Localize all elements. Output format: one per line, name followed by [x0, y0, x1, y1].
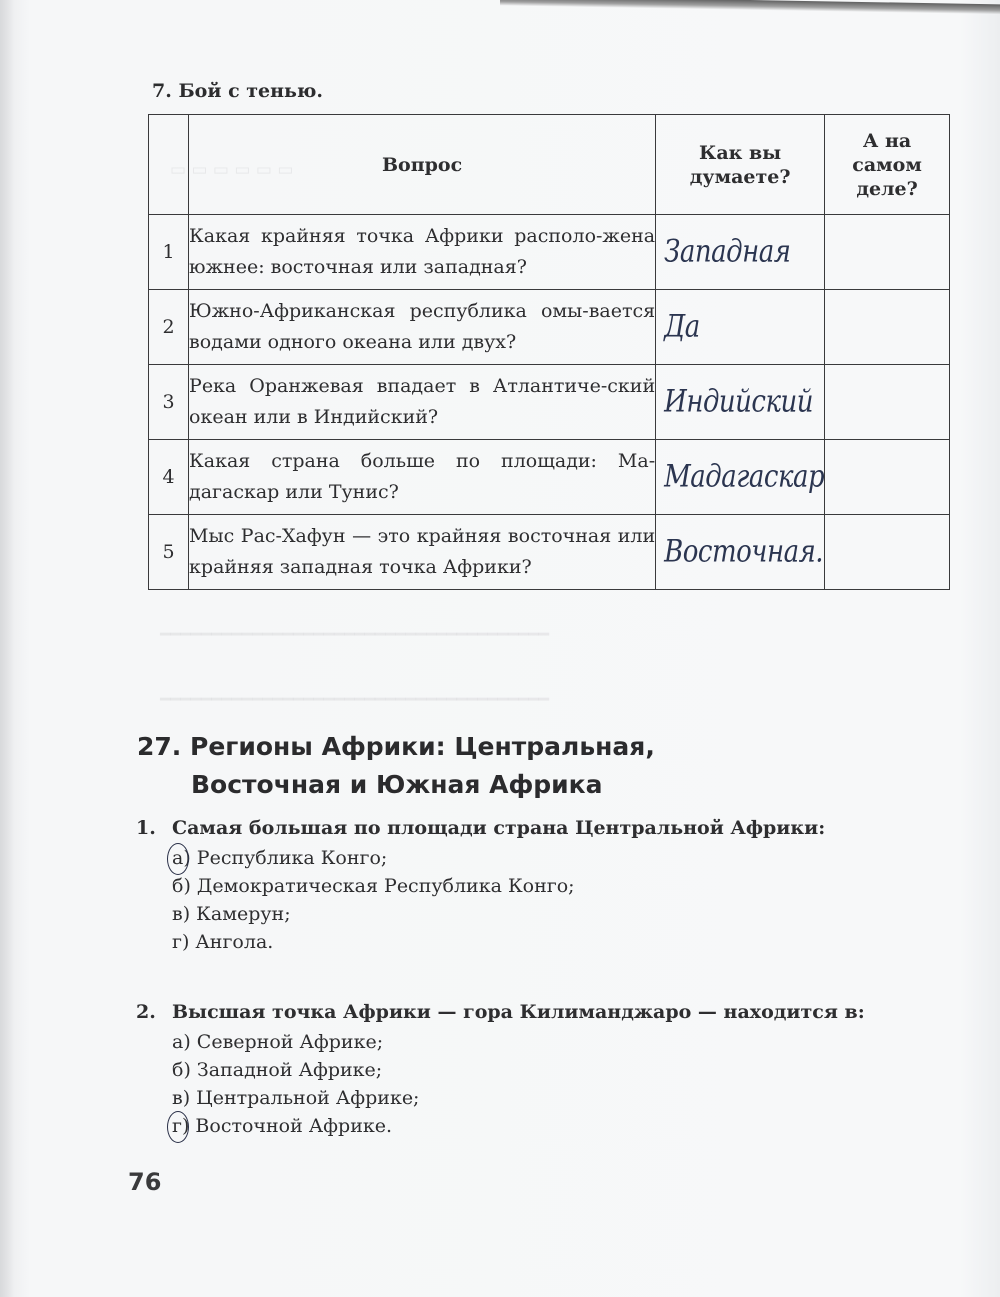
row-actual-cell[interactable] — [825, 365, 950, 440]
answer-options: а) Республика Конго; б) Демократическая … — [136, 844, 825, 956]
row-actual-cell[interactable] — [825, 290, 950, 365]
row-number: 3 — [149, 365, 189, 440]
option-letter: г) — [172, 931, 189, 953]
option-text: Центральной Африке; — [196, 1087, 419, 1109]
table-row: 4 Какая страна больше по площади: Ма-даг… — [149, 440, 950, 515]
workbook-page: ▭ ▭ ▭ ▭ ▭ ▭ ━━━━━━━━━━━━━━━━━━━━━━━━━━━━… — [0, 0, 1000, 1297]
row-number: 5 — [149, 515, 189, 590]
table-row: 2 Южно-Африканская республика омы-вается… — [149, 290, 950, 365]
row-guess-cell[interactable]: Западная — [656, 215, 825, 290]
option-letter: в) — [172, 1087, 190, 1109]
answer-option-v[interactable]: в) Центральной Африке; — [172, 1084, 865, 1112]
task-7-title: 7. Бой с тенью. — [152, 80, 323, 102]
row-actual-cell[interactable] — [825, 215, 950, 290]
section-title-line2: Восточная и Южная Африка — [137, 766, 655, 804]
option-text: Восточной Африке. — [195, 1115, 392, 1137]
table-row: 5 Мыс Рас-Хафун — это крайняя восточная … — [149, 515, 950, 590]
bleed-through: ━━━━━━━━━━━━━━━━━━━━━━━━━━━━━━━━━━━━━━ — [160, 625, 549, 645]
row-number: 4 — [149, 440, 189, 515]
page-edge — [0, 0, 14, 1297]
option-text: Камерун; — [196, 903, 290, 925]
table-row: 1 Какая крайняя точка Африки располо-жен… — [149, 215, 950, 290]
answer-options: а) Северной Африке; б) Западной Африке; … — [136, 1028, 865, 1140]
handwritten-answer: Западная — [656, 234, 790, 270]
answer-option-g[interactable]: г) Восточной Африке. — [172, 1112, 865, 1140]
question-number: 1. — [136, 814, 172, 842]
question-number: 2. — [136, 998, 172, 1026]
option-letter: в) — [172, 903, 190, 925]
option-text: Западной Африке; — [197, 1059, 382, 1081]
row-guess-cell[interactable]: Да — [656, 290, 825, 365]
question-text: Самая большая по площади страна Централь… — [172, 817, 825, 839]
answer-option-a[interactable]: а) Республика Конго; — [172, 844, 825, 872]
handwritten-answer: Да — [656, 309, 700, 345]
row-guess-cell[interactable]: Мадагаскар — [656, 440, 825, 515]
answer-option-v[interactable]: в) Камерун; — [172, 900, 825, 928]
option-letter-circled: г) — [172, 1115, 189, 1137]
option-letter: а) — [172, 1031, 191, 1053]
row-number: 2 — [149, 290, 189, 365]
quiz-question-2: 2.Высшая точка Африки — гора Килиманджар… — [136, 998, 865, 1140]
row-actual-cell[interactable] — [825, 440, 950, 515]
row-question: Река Оранжевая впадает в Атлантиче-ский … — [189, 365, 656, 440]
section-heading: 27. Регионы Африки: Центральная, Восточн… — [137, 728, 655, 804]
handwritten-answer: Восточная. — [656, 534, 823, 570]
row-actual-cell[interactable] — [825, 515, 950, 590]
section-title-line1: 27. Регионы Африки: Центральная, — [137, 732, 655, 761]
header-question: Вопрос — [189, 115, 656, 215]
bleed-through: ━━━━━━━━━━━━━━━━━━━━━━━━━━━━━━━━━━━━━━ — [160, 690, 549, 710]
scan-shadow — [500, 0, 1000, 14]
option-text: Северной Африке; — [197, 1031, 383, 1053]
option-text: Республика Конго; — [197, 847, 388, 869]
quiz-question-1: 1.Самая большая по площади страна Центра… — [136, 814, 825, 956]
page-number: 76 — [128, 1168, 161, 1196]
handwritten-answer: Мадагаскар — [656, 459, 824, 495]
question-text: Высшая точка Африки — гора Килиманджаро … — [172, 1001, 865, 1023]
handwritten-answer: Индийский — [656, 384, 813, 420]
table-header-row: Вопрос Как вы думаете? А на самом деле? — [149, 115, 950, 215]
answer-option-g[interactable]: г) Ангола. — [172, 928, 825, 956]
row-question: Какая страна больше по площади: Ма-дагас… — [189, 440, 656, 515]
option-letter-circled: а) — [172, 847, 191, 869]
shadow-boxing-table: Вопрос Как вы думаете? А на самом деле? … — [148, 114, 950, 590]
row-number: 1 — [149, 215, 189, 290]
answer-option-b[interactable]: б) Западной Африке; — [172, 1056, 865, 1084]
option-letter: б) — [172, 875, 191, 897]
row-guess-cell[interactable]: Восточная. — [656, 515, 825, 590]
header-actual: А на самом деле? — [825, 115, 950, 215]
option-text: Демократическая Республика Конго; — [197, 875, 575, 897]
option-text: Ангола. — [195, 931, 273, 953]
header-guess: Как вы думаете? — [656, 115, 825, 215]
row-guess-cell[interactable]: Индийский — [656, 365, 825, 440]
row-question: Мыс Рас-Хафун — это крайняя восточная ил… — [189, 515, 656, 590]
row-question: Какая крайняя точка Африки располо-жена … — [189, 215, 656, 290]
row-question: Южно-Африканская республика омы-вается в… — [189, 290, 656, 365]
answer-option-b[interactable]: б) Демократическая Республика Конго; — [172, 872, 825, 900]
table-row: 3 Река Оранжевая впадает в Атлантиче-ски… — [149, 365, 950, 440]
header-num — [149, 115, 189, 215]
answer-option-a[interactable]: а) Северной Африке; — [172, 1028, 865, 1056]
option-letter: б) — [172, 1059, 191, 1081]
